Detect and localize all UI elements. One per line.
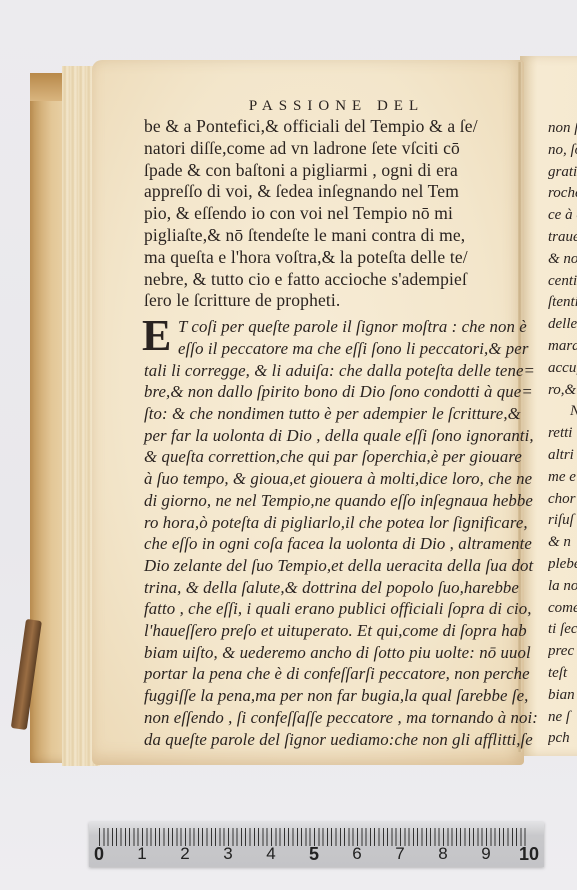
text-line: nebre, & tutto cio e fatto accioche s'ad… [144, 269, 519, 291]
text-line: non ſo [548, 118, 577, 140]
text-line: ma queſta e l'hora voſtra,& la poteſta d… [144, 247, 519, 269]
text-line: non eſſendo , ſi confeſſaſſe peccatore ,… [144, 707, 519, 729]
text-line: natori diſſe,come ad vn ladrone ſete vſc… [144, 138, 519, 160]
text-line: l'haueſſero preſo et uituperato. Et qui,… [144, 620, 519, 642]
text-line: di giorno, ne nel Tempio,ne quando eſſo … [144, 490, 519, 512]
text-line: bre,& non dallo ſpirito bono di Dio ſono… [144, 381, 519, 403]
text-line: chor [548, 489, 577, 511]
scale-ruler: 0 1 2 3 4 5 6 7 8 9 10 [89, 822, 544, 867]
text-line: bian [548, 685, 577, 707]
text-line: trina, & della ſalute,& dottrina del pop… [144, 577, 519, 599]
text-line: ſero le ſcritture de propheti. [144, 290, 519, 312]
text-line: pigliaſte,& nō ſtendeſte le mani contra … [144, 225, 519, 247]
text-line: Dio zelante del ſuo Tempio,et della uera… [144, 555, 519, 577]
text-line: riſuſ [548, 510, 577, 532]
text-line: & non [548, 249, 577, 271]
text-line: plebe [548, 554, 577, 576]
text-line: appreſſo di voi, & ſedea inſegnando nel … [144, 181, 519, 203]
text-line: ſto: & che nondimen tutto è per adempier… [144, 403, 519, 425]
running-head: PASSIONE DEL [154, 96, 519, 116]
text-line: tali li corregge, & li aduiſa: che dalla… [144, 360, 519, 382]
text-line: trauen [548, 227, 577, 249]
text-line: mara [548, 336, 577, 358]
ruler-label: 7 [395, 844, 404, 864]
text-line: retti [548, 423, 577, 445]
text-line: biam uiſto, & uederemo ancho di ſotto pi… [144, 642, 519, 664]
text-line: gratia [548, 162, 577, 184]
text-line: da queſte parole del ſignor uediamo:che … [144, 729, 519, 751]
text-line: T coſi per queſte parole il ſignor moſtr… [144, 316, 519, 338]
text-line: ne ſ [548, 707, 577, 729]
text-line: accuſ [548, 358, 577, 380]
text-line: teſt [548, 663, 577, 685]
text-line: ti ſec [548, 619, 577, 641]
text-line: ce à ca [548, 205, 577, 227]
text-line: portar la pena che è di confeſſarſi pecc… [144, 663, 519, 685]
ruler-label: 0 [94, 844, 104, 865]
text-line: à ſuo tempo, & gioua,et giouera à molti,… [144, 468, 519, 490]
text-line: & n [548, 532, 577, 554]
text-line: ro,& [548, 380, 577, 402]
text-line: che eſſo in ogni coſa facea la uolonta d… [144, 533, 519, 555]
text-line: eſſo il peccatore ma che eſſi ſono li pe… [144, 338, 519, 360]
text-line: altri [548, 445, 577, 467]
text-line: be & a Pontefici,& officiali del Tempio … [144, 116, 519, 138]
text-line: ſpade & con baſtoni a pigliarmi , ogni d… [144, 160, 519, 182]
ruler-labels: 0 1 2 3 4 5 6 7 8 9 10 [89, 844, 544, 866]
ruler-label: 10 [519, 844, 539, 865]
text-line: & queſta correttion,che qui par ſoperchi… [144, 446, 519, 468]
text-line: ro hora,ò poteſta di pigliarlo,il che po… [144, 512, 519, 534]
ruler-label: 4 [266, 844, 275, 864]
text-line: la no [548, 576, 577, 598]
text-line: ſtenti [548, 292, 577, 314]
page-text: PASSIONE DEL be & a Pontefici,& official… [144, 96, 519, 750]
text-line: pch [548, 728, 577, 750]
text-line: N [548, 401, 577, 423]
ruler-label: 8 [438, 844, 447, 864]
text-line: me e [548, 467, 577, 489]
ruler-label: 3 [223, 844, 232, 864]
ruler-label: 5 [309, 844, 319, 865]
facing-page-text: non ſo no, ſo gratia roche ce à ca traue… [548, 118, 577, 750]
roman-paragraph: be & a Pontefici,& officiali del Tempio … [144, 116, 519, 312]
book-photograph: PASSIONE DEL be & a Pontefici,& official… [0, 0, 577, 890]
text-line: no, ſo [548, 140, 577, 162]
ruler-label: 2 [180, 844, 189, 864]
text-line: centia [548, 271, 577, 293]
drop-cap: E [142, 314, 171, 358]
ruler-label: 6 [352, 844, 361, 864]
ruler-label: 1 [137, 844, 146, 864]
text-line: roche [548, 183, 577, 205]
text-line: prec [548, 641, 577, 663]
text-line: fuggiſſe la pena,ma per non far bugia,la… [144, 685, 519, 707]
italic-commentary: E T coſi per queſte parole il ſignor moſ… [144, 316, 519, 750]
text-line: fatto , che eſſi, i quali erano publici … [144, 598, 519, 620]
text-line: come [548, 598, 577, 620]
text-line: delle t [548, 314, 577, 336]
ruler-label: 9 [481, 844, 490, 864]
text-line: per far la uolonta di Dio , della quale … [144, 425, 519, 447]
text-line: pio, & eſſendo io con voi nel Tempio nō … [144, 203, 519, 225]
